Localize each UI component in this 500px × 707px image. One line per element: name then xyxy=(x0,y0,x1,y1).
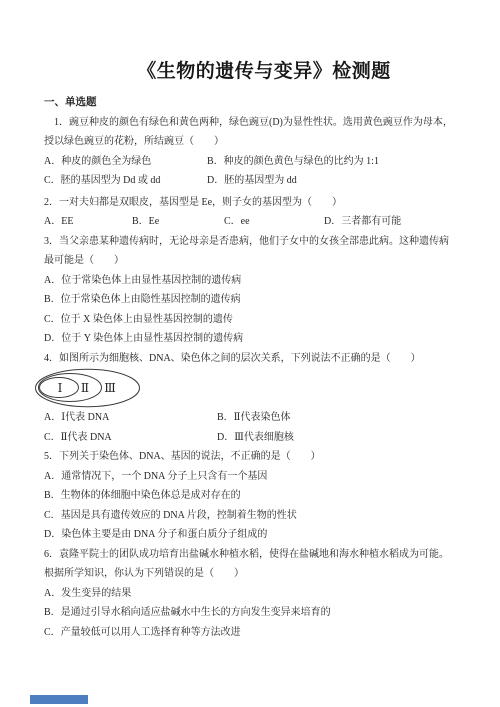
question-stem-line: 1．豌豆种皮的颜色有绿色和黄色两种，绿色豌豆(D)为显性性状。选用黄色豌豆作为母… xyxy=(44,113,484,133)
nested-ellipse-diagram: Ⅰ Ⅱ Ⅲ xyxy=(44,368,484,408)
question-stem-line: 5．下列关于染色体、DNA、基因的说法，不正确的是（ ） xyxy=(44,447,484,467)
question-stem-line: 授以绿色豌豆的花粉，所结豌豆（ ） xyxy=(44,132,484,152)
option-row: C．Ⅱ代表 DNAD．Ⅲ代表细胞核 xyxy=(44,428,484,448)
option-a: A．种皮的颜色全为绿色 xyxy=(44,152,207,172)
option-row: A．Ⅰ代表 DNAB．Ⅱ代表染色体 xyxy=(44,408,484,428)
option-c: C．产量较低可以用人工选择育种等方法改进 xyxy=(44,623,484,643)
option-c: C．位于 X 染色体上由显性基因控制的遗传 xyxy=(44,310,484,330)
option-row: A．EEB．EeC．eeD．三者都有可能 xyxy=(44,212,484,232)
option-b: B．Ⅱ代表染色体 xyxy=(217,412,290,423)
option-a: A．发生变异的结果 xyxy=(44,584,484,604)
option-row: A．种皮的颜色全为绿色B．种皮的颜色黄色与绿色的比约为 1:1 xyxy=(44,152,484,172)
question-stem-line: 6．袁隆平院士的团队成功培育出盐碱水种植水稻，使得在盐碱地和海水种植水稻成为可能… xyxy=(44,545,484,565)
question-5: 5．下列关于染色体、DNA、基因的说法，不正确的是（ ） A．通常情况下，一个 … xyxy=(44,447,484,545)
question-4: 4．如图所示为细胞核、DNA、染色体之间的层次关系，下列说法不正确的是（ ） Ⅰ… xyxy=(44,349,484,448)
option-d: D．胚的基因型为 dd xyxy=(207,175,297,186)
option-a: A．EE xyxy=(44,212,132,232)
question-2: 2．一对夫妇都是双眼皮，基因型是 Ee，则子女的基因型为（ ） A．EEB．Ee… xyxy=(44,193,484,232)
option-b: B．是通过引导水稻向适应盐碱水中生长的方向发生变异来培育的 xyxy=(44,603,484,623)
option-b: B．生物体的体细胞中染色体总是成对存在的 xyxy=(44,486,484,506)
option-b: B．位于常染色体上由隐性基因控制的遗传病 xyxy=(44,290,484,310)
question-3: 3．当父亲患某种遗传病时，无论母亲是否患病，他们子女中的女孩全部患此病。这种遗传… xyxy=(44,232,484,349)
option-a: A．通常情况下，一个 DNA 分子上只含有一个基因 xyxy=(44,467,484,487)
option-a: A．Ⅰ代表 DNA xyxy=(44,408,217,428)
option-c: C．基因是具有遗传效应的 DNA 片段，控制着生物的性状 xyxy=(44,506,484,526)
hierarchy-diagram-svg: Ⅰ Ⅱ Ⅲ xyxy=(35,368,145,408)
option-c: C．ee xyxy=(224,212,324,232)
diagram-label-2: Ⅱ xyxy=(81,381,89,395)
question-1: 1．豌豆种皮的颜色有绿色和黄色两种，绿色豌豆(D)为显性性状。选用黄色豌豆作为母… xyxy=(44,113,484,191)
option-d: D．Ⅲ代表细胞核 xyxy=(217,432,294,443)
diagram-label-3: Ⅲ xyxy=(104,381,116,395)
question-stem-line: 2．一对夫妇都是双眼皮，基因型是 Ee，则子女的基因型为（ ） xyxy=(44,193,484,213)
option-row: C．胚的基因型为 Dd 或 ddD．胚的基因型为 dd xyxy=(44,171,484,191)
question-stem-line: 根据所学知识，你认为下列错误的是（ ） xyxy=(44,564,484,584)
section-heading: 一、单选题 xyxy=(44,93,484,113)
exam-document-page: 《生物的遗传与变异》检测题 一、单选题 1．豌豆种皮的颜色有绿色和黄色两种，绿色… xyxy=(0,0,500,707)
page-title: 《生物的遗传与变异》检测题 xyxy=(44,0,484,85)
question-stem-line: 3．当父亲患某种遗传病时，无论母亲是否患病，他们子女中的女孩全部患此病。这种遗传… xyxy=(44,232,484,252)
option-d: D．三者都有可能 xyxy=(324,216,401,227)
option-b: B．种皮的颜色黄色与绿色的比约为 1:1 xyxy=(207,156,379,167)
question-stem-line: 4．如图所示为细胞核、DNA、染色体之间的层次关系，下列说法不正确的是（ ） xyxy=(44,349,484,369)
option-d: D．位于 Y 染色体上由显性基因控制的遗传病 xyxy=(44,329,484,349)
option-b: B．Ee xyxy=(132,212,224,232)
document-content: 《生物的遗传与变异》检测题 一、单选题 1．豌豆种皮的颜色有绿色和黄色两种，绿色… xyxy=(0,0,500,642)
ellipse-region-middle xyxy=(39,374,102,402)
question-stem-line: 最可能是（ ） xyxy=(44,251,484,271)
option-d: D．染色体主要是由 DNA 分子和蛋白质分子组成的 xyxy=(44,525,484,545)
bottom-blue-bar xyxy=(30,695,88,704)
option-c: C．Ⅱ代表 DNA xyxy=(44,428,217,448)
option-a: A．位于常染色体上由显性基因控制的遗传病 xyxy=(44,271,484,291)
option-c: C．胚的基因型为 Dd 或 dd xyxy=(44,171,207,191)
diagram-label-1: Ⅰ xyxy=(58,381,63,395)
question-6: 6．袁隆平院士的团队成功培育出盐碱水种植水稻，使得在盐碱地和海水种植水稻成为可能… xyxy=(44,545,484,643)
